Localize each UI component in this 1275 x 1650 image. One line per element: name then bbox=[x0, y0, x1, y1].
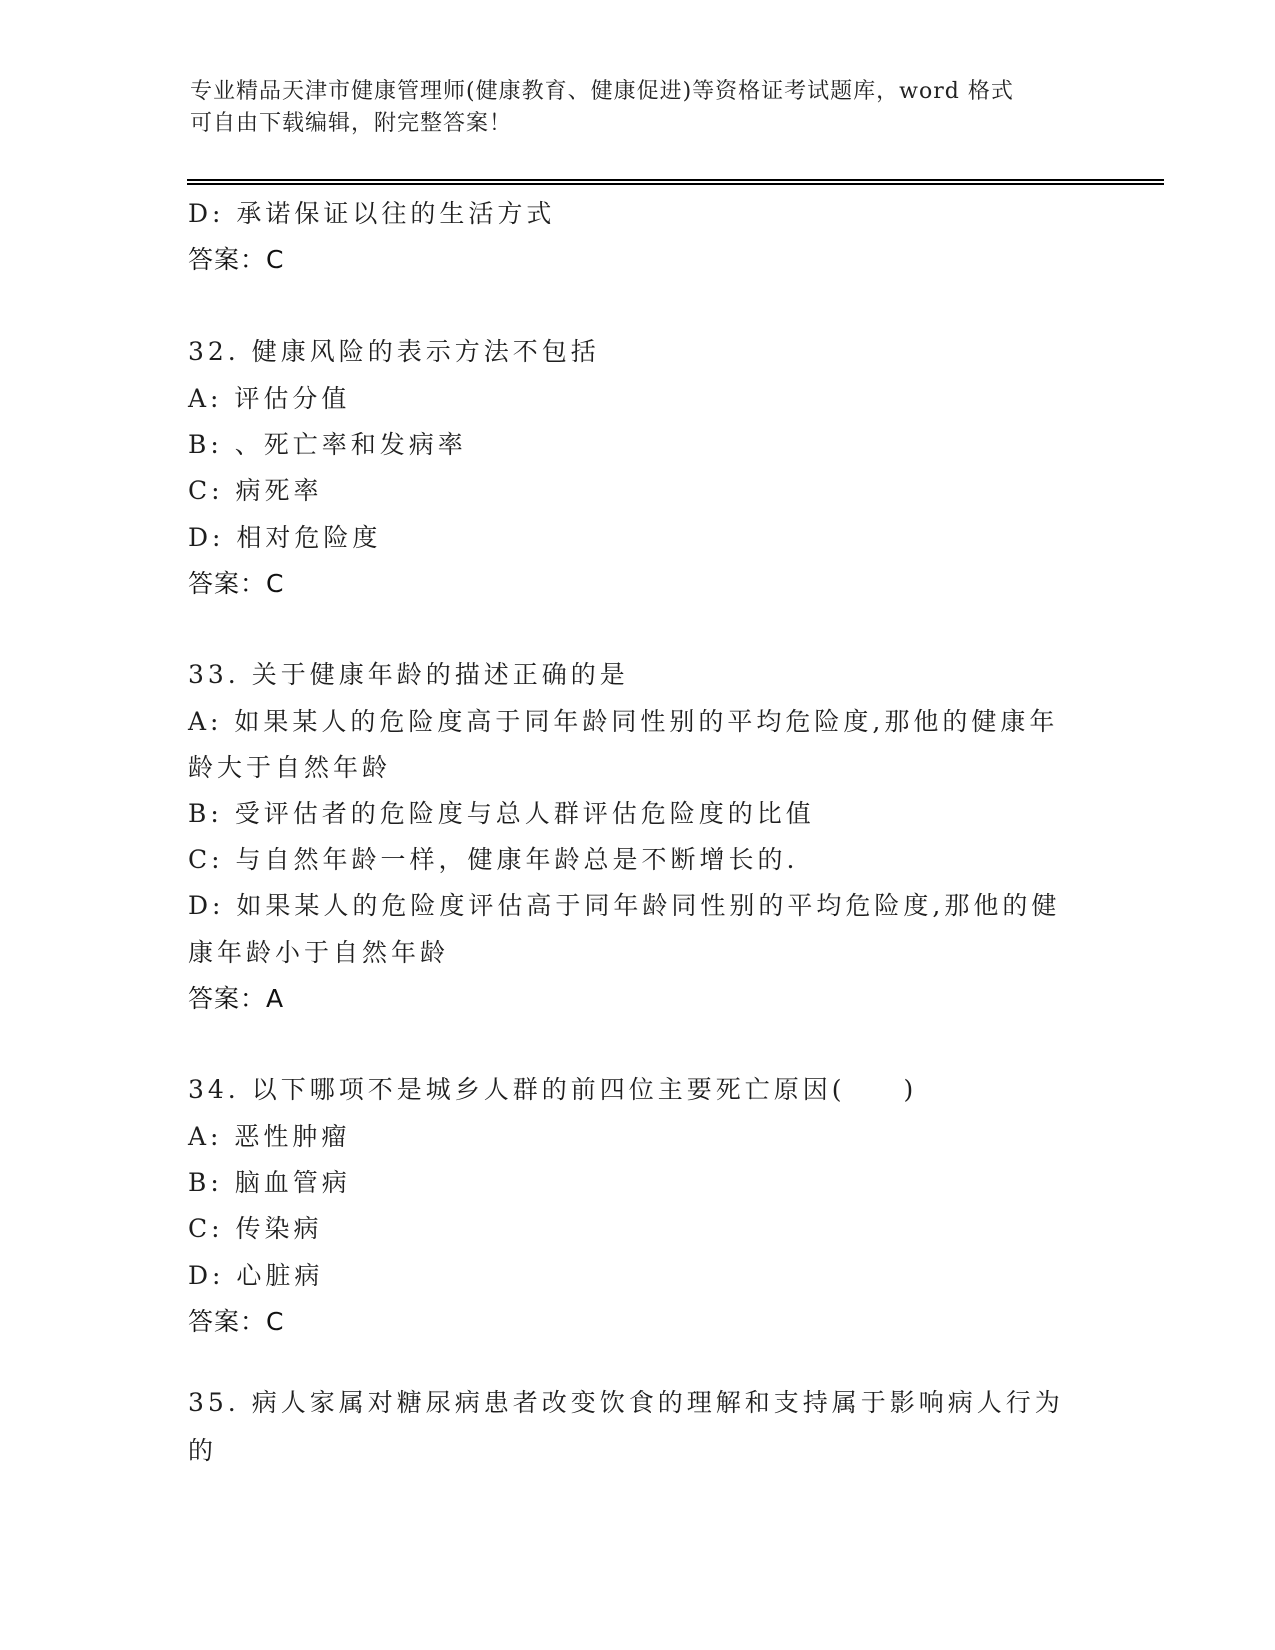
answer: 答案：A bbox=[188, 984, 284, 1014]
option-c: C: 病死率 bbox=[188, 476, 323, 506]
option-d: D: 如果某人的危险度评估高于同年龄同性别的平均危险度,那他的健 bbox=[188, 891, 1060, 921]
answer: 答案：C bbox=[188, 245, 284, 275]
option-a: A: 如果某人的危险度高于同年龄同性别的平均危险度,那他的健康年 bbox=[188, 707, 1058, 737]
header-double-rule bbox=[187, 179, 1164, 185]
option-b: B: 脑血管病 bbox=[188, 1168, 351, 1198]
option-b: B: 、死亡率和发病率 bbox=[188, 430, 467, 460]
answer: 答案：C bbox=[188, 569, 284, 599]
document-header: 专业精品天津市健康管理师(健康教育、健康促进)等资格证考试题库，word 格式 … bbox=[190, 76, 1090, 140]
question-stem: 34. 以下哪项不是城乡人群的前四位主要死亡原因( ) bbox=[188, 1075, 917, 1105]
option-d: D: 承诺保证以往的生活方式 bbox=[188, 199, 555, 229]
header-line-1: 专业精品天津市健康管理师(健康教育、健康促进)等资格证考试题库，word 格式 bbox=[190, 76, 1090, 108]
option-d: D: 心脏病 bbox=[188, 1261, 323, 1291]
option-a: A: 恶性肿瘤 bbox=[188, 1122, 350, 1152]
option-d: D: 相对危险度 bbox=[188, 523, 381, 553]
answer: 答案：C bbox=[188, 1307, 284, 1337]
option-d-continued: 康年龄小于自然年龄 bbox=[188, 938, 449, 968]
option-c: C: 传染病 bbox=[188, 1214, 323, 1244]
option-c: C: 与自然年龄一样，健康年龄总是不断增长的. bbox=[188, 845, 798, 875]
option-b: B: 受评估者的危险度与总人群评估危险度的比值 bbox=[188, 799, 815, 829]
question-stem-continued: 的 bbox=[188, 1436, 217, 1466]
header-line-2: 可自由下载编辑，附完整答案！ bbox=[190, 108, 1090, 140]
question-stem: 32. 健康风险的表示方法不包括 bbox=[188, 337, 600, 367]
question-stem: 35. 病人家属对糖尿病患者改变饮食的理解和支持属于影响病人行为 bbox=[188, 1388, 1064, 1418]
option-a: A: 评估分值 bbox=[188, 384, 350, 414]
option-a-continued: 龄大于自然年龄 bbox=[188, 753, 391, 783]
question-stem: 33. 关于健康年龄的描述正确的是 bbox=[188, 660, 629, 690]
